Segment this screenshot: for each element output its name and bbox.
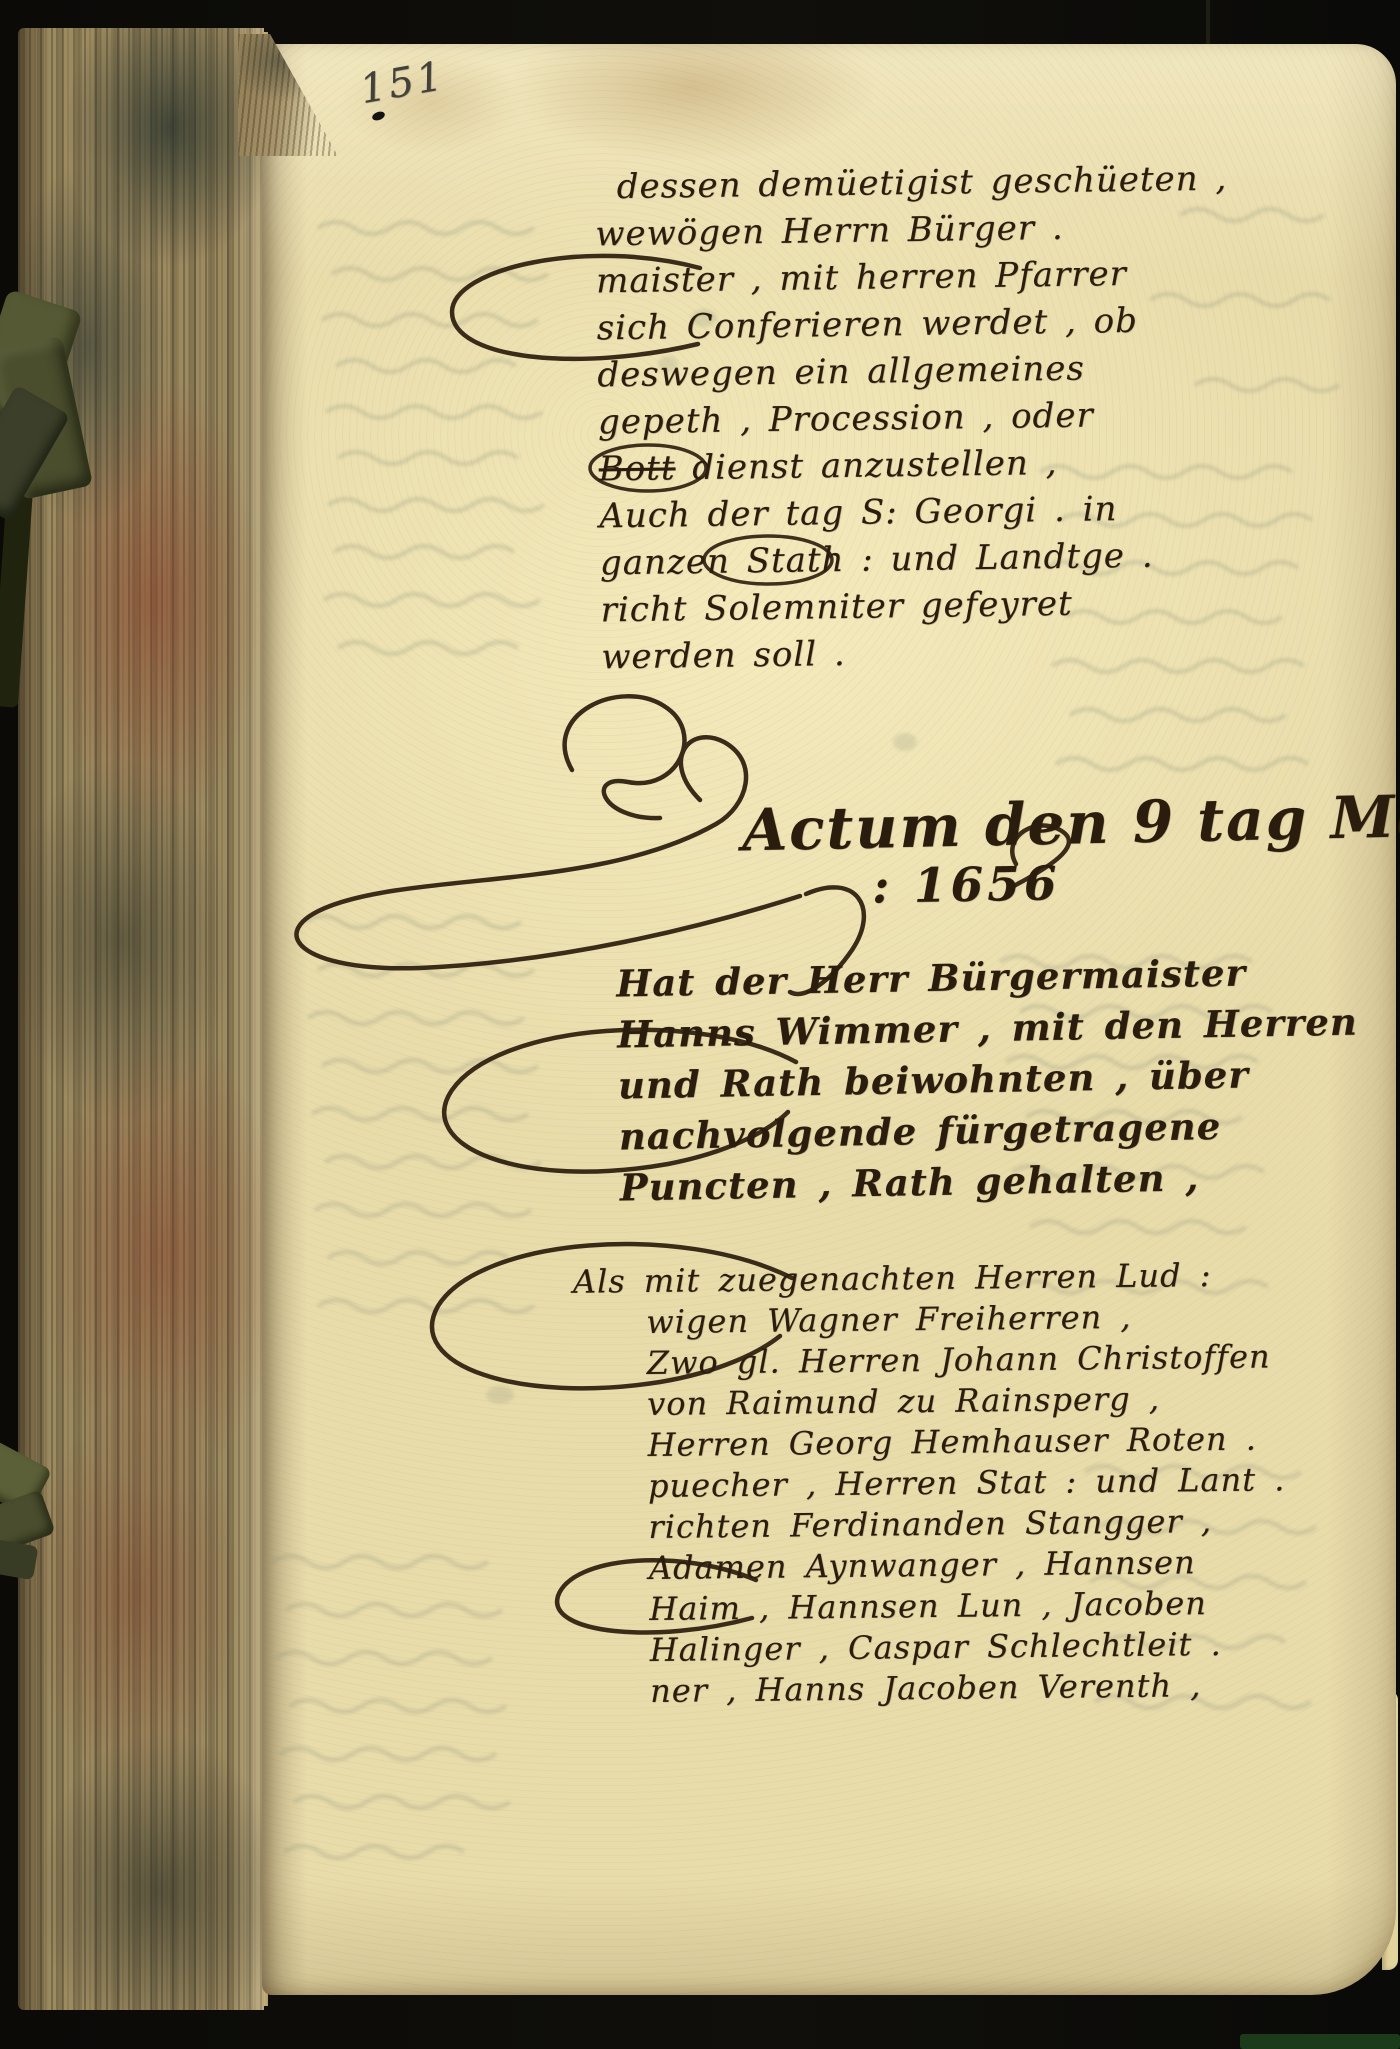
manuscript-line: puecher , Herren Stat : und Lant . bbox=[648, 1459, 1286, 1507]
manuscript-line: sich Conferieren werdet , ob bbox=[596, 297, 1229, 353]
cloth-tie-fold bbox=[0, 1538, 39, 1581]
cloth-tie-top bbox=[0, 300, 110, 515]
text-block-attendees: Als mit zuegenachten Herren Lud : wigen … bbox=[573, 1254, 1288, 1712]
manuscript-line: werden soll . bbox=[601, 626, 1234, 682]
manuscript-line: Halinger , Caspar Schlechtleit . bbox=[650, 1623, 1288, 1671]
manuscript-photo: 151 dessen demüetigist geschüeten , wewö… bbox=[0, 0, 1400, 2049]
text-block-session-opening: Hat der Herr Bürgermaister Hanns Wimmer … bbox=[616, 946, 1361, 1214]
manuscript-line: Als mit zuegenachten Herren Lud : bbox=[573, 1254, 1284, 1302]
manuscript-line: wigen Wagner Freiherren , bbox=[646, 1295, 1284, 1343]
manuscript-line: ner , Hanns Jacoben Verenth , bbox=[650, 1664, 1288, 1712]
date-heading-year: : 1656 bbox=[872, 856, 1061, 914]
background-green-strip bbox=[1240, 2034, 1400, 2049]
manuscript-line: Zwo gl. Herren Johann Christoffen bbox=[647, 1336, 1285, 1384]
manuscript-line: Haim , Hannsen Lun , Jacoben bbox=[649, 1582, 1287, 1630]
manuscript-line: richten Ferdinanden Stangger , bbox=[648, 1500, 1286, 1548]
cloth-tie-bottom bbox=[0, 1450, 80, 1590]
manuscript-line-rest: dienst anzustellen , bbox=[692, 443, 1058, 488]
manuscript-line: Adamen Aynwanger , Hannsen bbox=[649, 1541, 1287, 1589]
manuscript-line: Herren Georg Hemhauser Roten . bbox=[647, 1418, 1285, 1466]
manuscript-line: dessen demüetigist geschüeten , bbox=[616, 156, 1227, 212]
text-block-continuation: dessen demüetigist geschüeten , wewögen … bbox=[594, 156, 1234, 682]
manuscript-line: von Raimund zu Rainsperg , bbox=[647, 1377, 1285, 1425]
struck-word: Bott bbox=[598, 448, 675, 489]
manuscript-line: ganzen Stath : und Landtge . bbox=[600, 532, 1233, 588]
